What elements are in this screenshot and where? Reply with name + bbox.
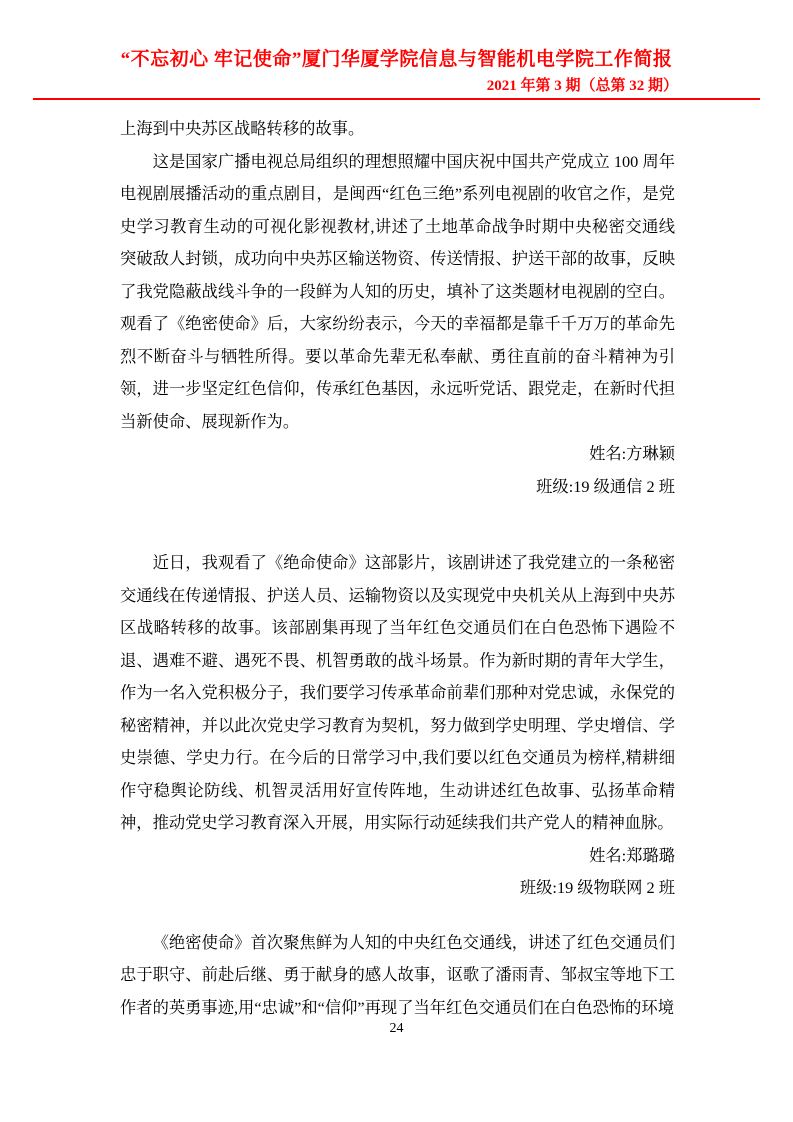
page-footer: 24: [0, 1020, 793, 1038]
issue-number: 2021 年第 3 期（总第 32 期）: [33, 77, 760, 95]
signature-class: 班级:19 级通信 2 班: [120, 471, 675, 504]
bulletin-header: “不忘初心 牢记使命”厦门华厦学院信息与智能机电学院工作简报 2021 年第 3…: [33, 48, 760, 100]
signature-class: 班级:19 级物联网 2 班: [120, 872, 675, 905]
document-page: “不忘初心 牢记使命”厦门华厦学院信息与智能机电学院工作简报 2021 年第 3…: [0, 0, 793, 1122]
document-body: 上海到中央苏区战略转移的故事。 这是国家广播电视总局组织的理想照耀中国庆祝中国共…: [120, 113, 675, 1024]
body-paragraph: 《绝密使命》首次聚焦鲜为人知的中央红色交通线，讲述了红色交通员们忠于职守、前赴后…: [120, 927, 675, 1025]
body-paragraph: 上海到中央苏区战略转移的故事。: [120, 113, 675, 146]
body-paragraph: 这是国家广播电视总局组织的理想照耀中国庆祝中国共产党成立 100 周年电视剧展播…: [120, 146, 675, 439]
signature-name: 姓名:方琳颖: [120, 438, 675, 471]
page-number: 24: [390, 1021, 404, 1036]
header-divider: [33, 98, 760, 100]
body-paragraph: 近日，我观看了《绝命使命》这部影片，该剧讲述了我党建立的一条秘密交通线在传递情报…: [120, 547, 675, 840]
signature-name: 姓名:郑璐璐: [120, 840, 675, 873]
bulletin-title: “不忘初心 牢记使命”厦门华厦学院信息与智能机电学院工作简报: [33, 48, 760, 71]
